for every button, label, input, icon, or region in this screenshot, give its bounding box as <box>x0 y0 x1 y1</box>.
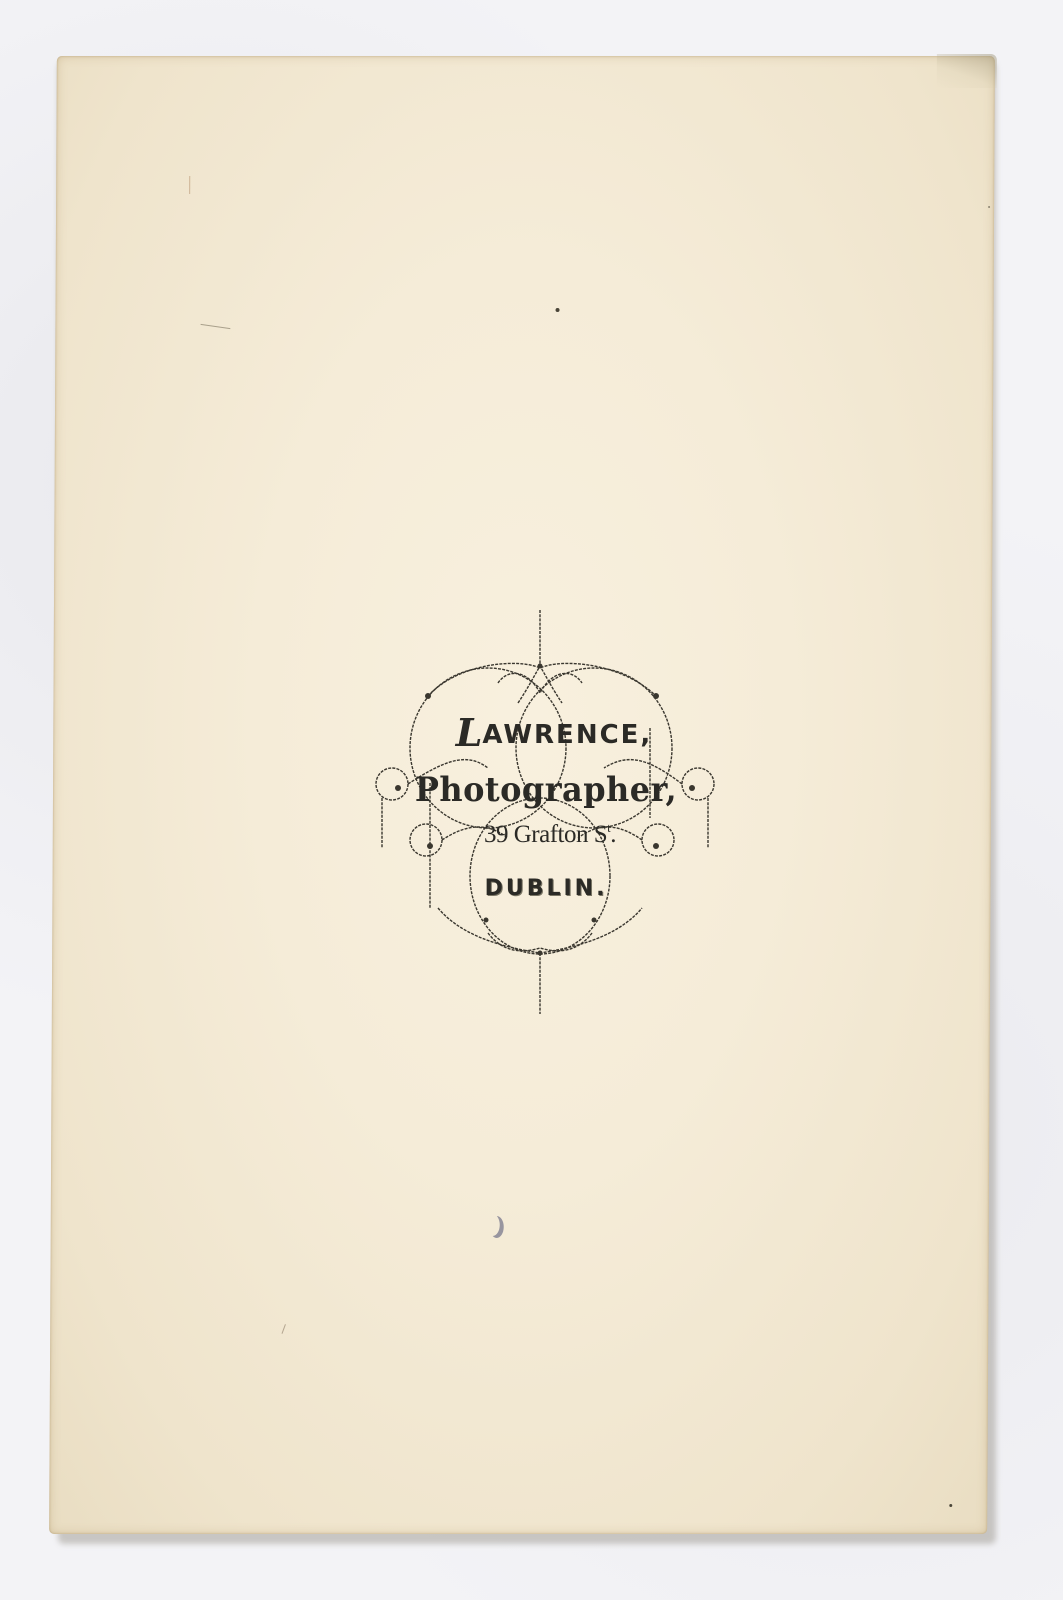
studio-city: DUBLIN. <box>368 876 724 901</box>
photographer-imprint: LAWRENCE, Photographer, 39 Grafton St. D… <box>368 608 724 1018</box>
speck <box>949 1504 952 1507</box>
address-number: 39 <box>484 821 508 848</box>
studio-address: 39 Grafton St. <box>368 820 728 849</box>
photographer-name: LAWRENCE, <box>368 710 732 755</box>
speck <box>988 206 990 208</box>
address-street: Grafton S <box>514 821 607 848</box>
speck <box>556 308 560 312</box>
address-period: . <box>610 821 616 848</box>
scratch-mark <box>201 324 231 329</box>
name-rest: AWRENCE, <box>482 720 652 750</box>
scratch-mark <box>189 176 190 194</box>
name-initial: L <box>456 710 483 755</box>
crescent-blemish <box>486 1214 500 1236</box>
photographer-title: Photographer, <box>379 770 714 810</box>
scratch-mark <box>282 1324 286 1334</box>
ornamental-scroll-icon <box>368 608 724 1018</box>
